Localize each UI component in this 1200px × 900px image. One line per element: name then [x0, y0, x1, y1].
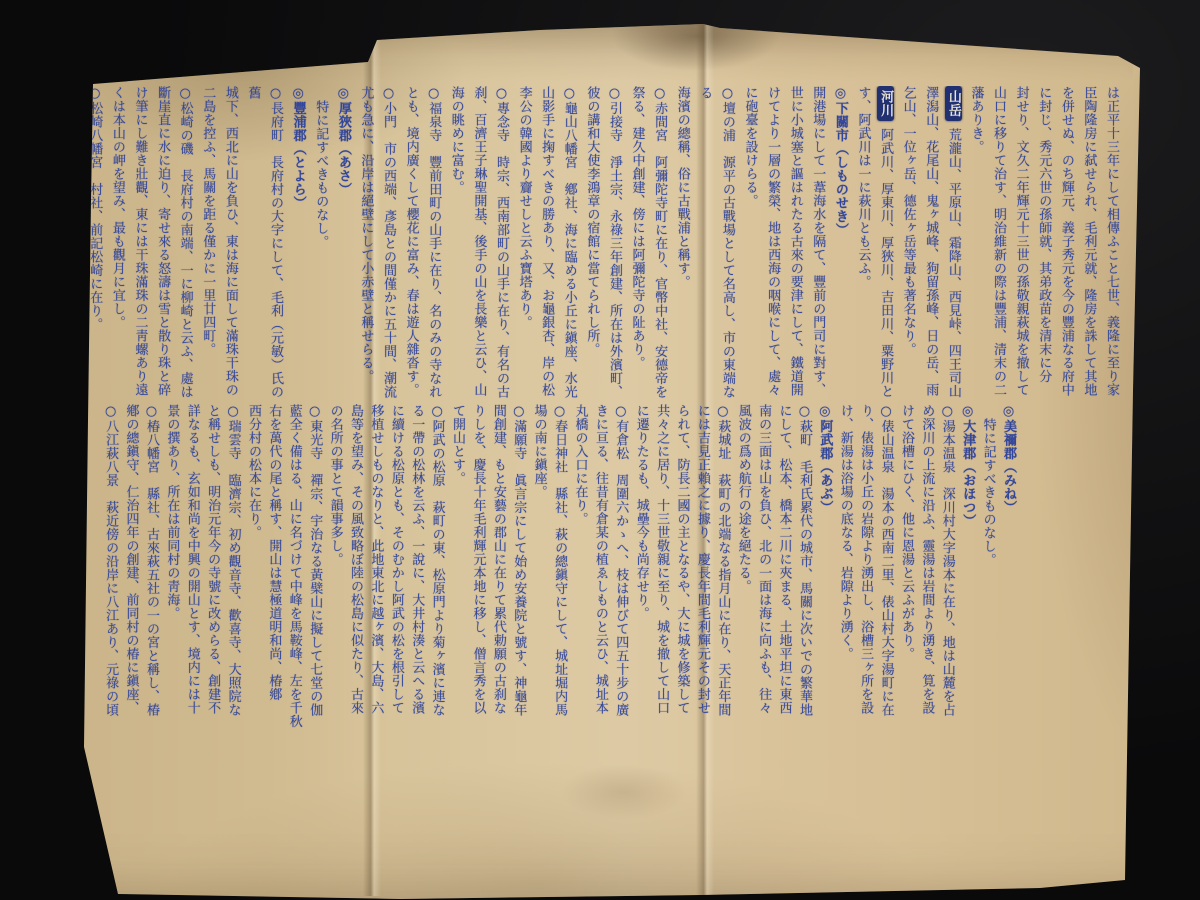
- text-column: 海の眺めに富む。: [444, 86, 467, 404]
- text-column: 封せり、文久二年輝元十三世の孫敬親萩城を撤して: [1009, 86, 1032, 404]
- top-text-block: は正平十三年にして相傳ふこと七世、義隆に至り家臣陶隆房に弑せられ、毛利元就、隆房…: [90, 86, 1122, 404]
- text-column: 島等を望み、その風致略ぼ陸の松島に似たり、古來: [345, 404, 365, 736]
- text-column: 共々之に居り、十三世敬親に至り、城を撤して山口: [651, 404, 671, 736]
- text-column: ○專念寺 時宗、西南部町の山手に在り、有名の古: [489, 86, 512, 404]
- photo-background: は正平十三年にして相傳ふこと七世、義隆に至り家臣陶隆房に弑せられ、毛利元就、隆房…: [0, 0, 1200, 900]
- text-column: り、俵湯は小丘の岩隙より湧出し、浴槽三ヶ所を設: [855, 404, 875, 736]
- text-column: 景の撰あり、所在は前同村の靑海。: [161, 404, 181, 736]
- text-column: の名所の事とて韻事多し。: [324, 404, 344, 736]
- text-column: きに亘る、往昔有倉某の植ゑしものと云ひ、城址本: [589, 404, 609, 736]
- section-heading-column: ◎厚狹郡（あさ）: [331, 86, 354, 404]
- text-column: 場の南に鎭座。: [528, 404, 548, 736]
- text-column: 祭る、建久中創建、傍には阿彌陀寺の阯あり。: [625, 86, 648, 404]
- text-column: に續ける松原とも、そのむかし阿武の松を根引して: [385, 404, 405, 736]
- rivers-label-box: 河川: [877, 86, 894, 121]
- text-column: ○長府町 長府村の大字にして、毛利（元敏）氏の舊: [241, 86, 286, 404]
- text-column: 李公の韓國より齎せしと云ふ寶塔あり。: [512, 86, 535, 404]
- text-column: て開山とす。: [447, 404, 467, 736]
- text-column: 臣陶隆房に弑せられ、毛利元就、隆房を誅して其地: [1077, 86, 1100, 404]
- text-column: ○住吉神社 國幣中社、豐東上村大字楠乃に鎭座、: [60, 86, 83, 404]
- text-column: ○滿願寺 眞言宗にして始め安養院と號す、神龜年: [508, 404, 528, 736]
- text-column: ○瑞雲寺 臨濟宗、初め觀音寺、歡喜寺、大照院な: [222, 404, 242, 736]
- text-column: ○湯本温泉 深川村大字湯本に在り、地は山麓を占: [936, 404, 956, 736]
- text-column: ○引接寺 淨土宗、永祿三年創建、所在は外濱町、: [602, 86, 625, 404]
- text-column: 山岳荒瀧山、平原山、霜降山、西見峠、四王司山: [941, 86, 964, 404]
- section-heading-column: ◎阿武郡（あぶ）: [814, 404, 834, 736]
- text-column: 間創建、もと安藝の郡山に在りて累代勅願の古刹な: [487, 404, 507, 736]
- text-column: 鄕の總鎭守、仁治四年の創建、前同村の椿に鎭座、: [120, 404, 140, 736]
- text-column: 右を萬代の尾と稱す、開山は慧極道明和尚、椿鄕: [263, 404, 283, 736]
- text-column: 海濱の總稱、俗に古戰浦と稱す。: [670, 86, 693, 404]
- section-heading-column: ◎美禰郡（みね）: [998, 404, 1018, 736]
- text-column: を併せぬ、のち輝元、義子秀元を今の豐浦なる府中: [1054, 86, 1077, 404]
- text-column: に砲臺を設けらる。: [738, 86, 761, 404]
- text-column: 風波の爲め航行の途を絕たる。: [732, 404, 752, 736]
- text-column: ○赤間宮 阿彌陀寺町に在り、官幣中社、安德帝を: [648, 86, 671, 404]
- text-column: に封じ、秀元六世の孫師就、其弟政苗を清末に分: [1032, 86, 1055, 404]
- text-column: け、新湯は浴場の底なる、岩隙より湧く。: [834, 404, 854, 736]
- text-column: 尤も急に、沿岸は絕壁にして小赤壁と稱せらる。: [354, 86, 377, 404]
- text-column: 二島を控ふ、馬關を距る僅かに一里廿四町。: [196, 86, 219, 404]
- text-column: る一帶の松林を云ふ、一說に、大井村湊と云へる濱: [406, 404, 426, 736]
- text-column: す、阿武川は一に萩川とも云ふ。: [851, 86, 874, 404]
- text-column: にして、松本、橋本二川に夾まる、土地平坦に東西: [773, 404, 793, 736]
- text-column: 藩ありき。: [964, 86, 987, 404]
- text-column: 丸橋の入口に在り。: [569, 404, 589, 736]
- text-column: 河川阿武川、厚東川、厚狹川、吉田川、粟野川と: [873, 86, 896, 404]
- text-column: 山影手に掬すべきの勝あり、又、お龜銀杏、岸の松: [535, 86, 558, 404]
- text-column: ○有倉松 周圍六かゝへ、枝は伸びて四五十步の廣: [610, 404, 630, 736]
- text-column: ○萩町 毛利氏累代の城市、馬關に次いでの繁華地: [794, 404, 814, 736]
- text-column: ○小門 市の西端、彥島との間僅かに五十間、潮流: [376, 86, 399, 404]
- section-heading-column: ◎大津郡（おほつ）: [957, 404, 977, 736]
- text-column: 澤潟山、花尾山、鬼ヶ城峰、狗留孫峰、日の岳、雨: [919, 86, 942, 404]
- section-heading-column: ◎豐浦郡（とよら）: [286, 86, 309, 404]
- text-column: りしを、慶長十年毛利輝元本地に移し、僧言秀を以: [467, 404, 487, 736]
- text-column: られて、防長二國の主となるや、大に城を修築して: [671, 404, 691, 736]
- text-column: ○八江萩八景 萩近傍の沿岸に八江あり、元祿の頃: [100, 404, 120, 736]
- text-column: と稱せしも、明治元年今の寺號に改めらる、創建不: [202, 404, 222, 736]
- text-column: ○壇の浦 源平の古戰場として名高し、市の東端なる: [693, 86, 738, 404]
- text-column: ○松崎の磯 長府村の南端、一に柳崎と云ふ、處は: [173, 86, 196, 404]
- text-column: め深川の上流に沿ふ、靈湯は岩間より湧き、筧を設: [916, 404, 936, 736]
- text-column: は正平十三年にして相傳ふこと七世、義隆に至り家: [1099, 86, 1122, 404]
- text-column: ○春日神社 縣社、萩の總鎭守にして、城址堀内馬: [549, 404, 569, 736]
- text-column: ○椿八幡宮 縣社、古來萩五社の一の宮と稱し、椿: [141, 404, 161, 736]
- text-column: 斷崖直に水に迫り、寄せ來る怒濤は雪と散り珠と碎: [150, 86, 173, 404]
- text-column: ○阿武の松原 萩町の東、松原門より菊ヶ濱に連な: [426, 404, 446, 736]
- text-column: 特に記すべきものなし。: [309, 86, 332, 404]
- text-column: ○俵山温泉 湯本の西南二里、俵山村大字湯町に在: [875, 404, 895, 736]
- text-column: 山口に移りて治す、明治維新の際は豐浦、清末の二: [986, 86, 1009, 404]
- text-column: けて浴槽にひく、他に恩湯と云ふがあり。: [896, 404, 916, 736]
- text-column: に遷りたるも、城壘今も尚存せり。: [630, 404, 650, 736]
- text-column: 刹、百濟王子琳聖開基、後手の山を長樂と云ひ、山: [467, 86, 490, 404]
- text-column: 乞山、一位ヶ岳、德佐ヶ岳等最も著名なり。: [896, 86, 919, 404]
- text-column: 詳なるも、玄如和尚を中興の開山とす、境内には十: [181, 404, 201, 736]
- text-column: には吉見正賴之に據り、慶長年間毛利輝元その封せ: [692, 404, 712, 736]
- bottom-text-block: ◎美禰郡（みね）特に記すべきものなし。◎大津郡（おほつ）○湯本温泉 深川村大字湯…: [88, 404, 1018, 736]
- text-column: 南の三面は山を負ひ、北の一面は海に向ふも、往々: [753, 404, 773, 736]
- text-column: くは本山の岬を望み、最も觀月に宜し。: [105, 86, 128, 404]
- text-column: 城下、西北に山を負ひ、東は海に面して滿珠干珠の: [218, 86, 241, 404]
- text-column: 特に記すべきものなし。: [977, 404, 997, 736]
- text-column: 移植せしものなりと、此地東北に越ヶ濱、大島、六: [365, 404, 385, 736]
- section-heading-column: ◎下關市（しものせき）: [828, 86, 851, 404]
- text-column: けてより一層の繁榮、地は西海の咽喉にして、處々: [761, 86, 784, 404]
- text-column: 藍全く備はる、山に名づけて中峰を馬鞍峰、左を千秋: [283, 404, 303, 736]
- text-column: 西分村の松本に在り。: [243, 404, 263, 736]
- text-column: け筆にし難き壯觀、東には干珠滿珠の二靑螺あり遠: [128, 86, 151, 404]
- text-column: ○東光寺 禪宗、宇治なる黃檗山に擬して七堂の伽: [304, 404, 324, 736]
- text-column: とも、境内廣くして櫻花に富み、春は遊人雜沓す。: [399, 86, 422, 404]
- text-column: ○福泉寺 豐前田町の山手に在り、名のみの寺なれ: [422, 86, 445, 404]
- text-column: 彼の講和大使李鴻章の宿館に當てられし所。: [580, 86, 603, 404]
- text-column: ○龜山八幡宮 鄕社、海に臨める小丘に鎭座、水光: [557, 86, 580, 404]
- paper-sheet: は正平十三年にして相傳ふこと七世、義隆に至り家臣陶隆房に弑せられ、毛利元就、隆房…: [0, 0, 1200, 900]
- text-column: 世に小城塞と謳はれたる古來の要津にして、鐵道開: [783, 86, 806, 404]
- text-column: ○萩城址 萩町の北端なる指月山に在り、天正年間: [712, 404, 732, 736]
- mountains-label-box: 山岳: [945, 86, 962, 121]
- text-column: ○松崎八幡宮 村社、前記松崎に在り。: [83, 86, 106, 404]
- paper-top-fold-shading: [93, 24, 1133, 82]
- text-column: 開港場にして一葦海水を隔て、豐前の門司に對す、: [806, 86, 829, 404]
